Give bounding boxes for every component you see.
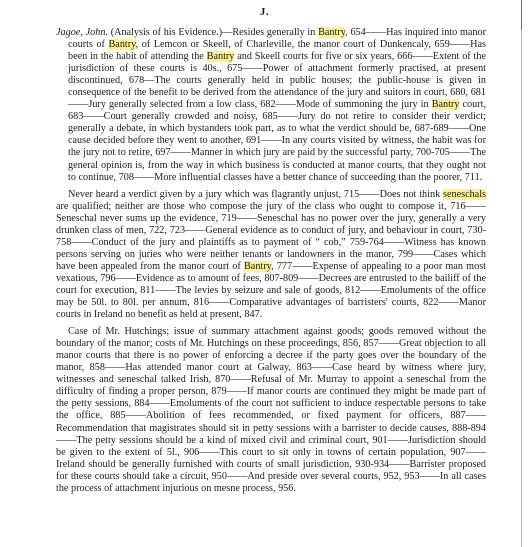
entry-paragraph-2: Never heard a verdict given by a jury wh… [56, 189, 486, 322]
index-entry: Jagoe, John. (Analysis of his Evidence.)… [56, 27, 486, 495]
search-highlight: Bantry [109, 39, 136, 50]
entry-paragraph-3: Case of Mr. Hutchings; issue of summary … [56, 326, 486, 495]
entry-paragraph-text: (Analysis of his Evidence.)—Resides gene… [68, 27, 486, 183]
entry-paragraph-text: Never heard a verdict given by a jury wh… [56, 189, 486, 320]
page-edge-rule-top [521, 0, 522, 30]
page-edge-rule [521, 0, 522, 547]
section-letter-heading: J. [0, 6, 529, 18]
search-highlight: Bantry [207, 51, 235, 62]
entry-paragraph-1: Jagoe, John. (Analysis of his Evidence.)… [56, 27, 486, 184]
text-run: Case of Mr. Hutchings; issue of summary … [56, 326, 486, 494]
entry-paragraph-text: Case of Mr. Hutchings; issue of summary … [56, 326, 486, 494]
search-highlight: Bantry [244, 261, 271, 272]
search-highlight: Bantry [318, 27, 345, 38]
text-run: Never heard a verdict given by a jury wh… [68, 189, 443, 200]
search-highlight: Bantry [432, 99, 460, 110]
search-highlight: seneschals [443, 189, 486, 200]
text-run: court, 683——Court generally crowded and … [68, 99, 486, 182]
entry-name: Jagoe, John. [56, 27, 108, 38]
text-run: (Analysis of his Evidence.)—Resides gene… [108, 27, 318, 38]
